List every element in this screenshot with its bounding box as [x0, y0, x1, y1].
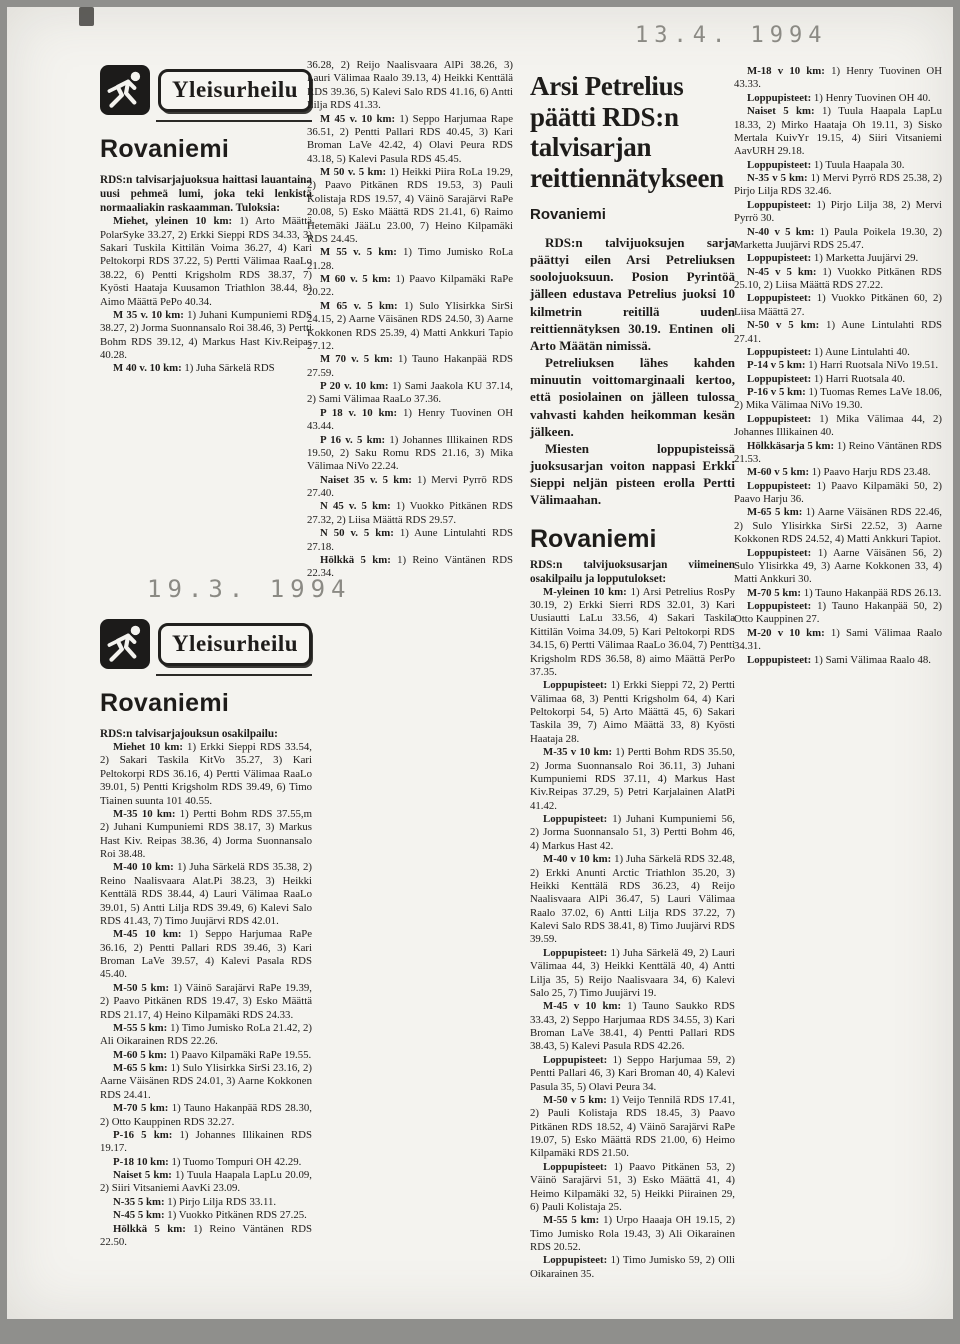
- header-rule: [156, 120, 312, 122]
- result-paragraph: M 40 v. 10 km: 1) Juha Särkelä RDS: [100, 362, 312, 375]
- result-text: 1) Marketta Juujärvi 29.: [814, 252, 918, 264]
- result-category: Loppupisteet:: [747, 346, 811, 358]
- result-category: M 40 v. 10 km:: [113, 362, 182, 374]
- result-category: N 50 v. 5 km:: [320, 527, 394, 539]
- result-paragraph: M-65 5 km: 1) Sulo Ylisirkka SirSi 23.16…: [100, 1062, 312, 1102]
- result-category: P-18 10 km:: [113, 1156, 169, 1168]
- result-category: M-65 5 km:: [747, 506, 802, 518]
- clipping2-results: Miehet 10 km: 1) Erkki Sieppi RDS 33.54,…: [100, 741, 312, 1249]
- result-paragraph: M-35 10 km: 1) Pertti Bohm RDS 37.55,m 2…: [100, 808, 312, 862]
- result-paragraph: N-50 v 5 km: 1) Aune Lintulahti RDS 27.4…: [734, 319, 942, 346]
- result-paragraph: P-18 10 km: 1) Tuomo Tompuri OH 42.29.: [100, 1156, 312, 1169]
- result-paragraph: P-14 v 5 km: 1) Harri Ruotsala NiVo 19.5…: [734, 359, 942, 372]
- result-category: N-45 5 km:: [113, 1209, 165, 1221]
- result-category: Loppupisteet:: [747, 600, 811, 612]
- result-text: 1) Juha Särkelä RDS 32.48, 2) Erkki Anun…: [530, 853, 735, 945]
- result-paragraph: N 45 v. 5 km: 1) Vuokko Pitkänen RDS 27.…: [307, 500, 513, 527]
- result-category: M-45 10 km:: [113, 928, 182, 940]
- result-category: Loppupisteet:: [747, 92, 811, 104]
- result-paragraph: M 70 v. 5 km: 1) Tauno Hakanpää RDS 27.5…: [307, 353, 513, 380]
- result-paragraph: Loppupisteet: 1) Mika Välimaa 44, 2) Joh…: [734, 413, 942, 440]
- section-title: Yleisurheilu: [172, 77, 298, 102]
- result-paragraph: Miehet, yleinen 10 km: 1) Arto Määttä Po…: [100, 215, 312, 309]
- result-category: P-16 v 5 km:: [747, 386, 806, 398]
- result-category: Naiset 35 v. 5 km:: [320, 474, 412, 486]
- article-paragraph: RDS:n talvijuoksujen sarja päättyi eilen…: [530, 234, 735, 354]
- result-category: M-18 v 10 km:: [747, 65, 825, 77]
- result-category: M-20 v 10 km:: [747, 627, 825, 639]
- result-paragraph: Naiset 35 v. 5 km: 1) Mervi Pyrrö RDS 27…: [307, 474, 513, 501]
- clipping1-section-header: Yleisurheilu: [100, 65, 312, 115]
- result-paragraph: M-50 5 km: 1) Väinö Sarajärvi RaPe 19.39…: [100, 982, 312, 1022]
- result-category: Loppupisteet:: [543, 1254, 607, 1266]
- result-text: 1) Arsi Petrelius RosPy 30.19, 2) Erkki …: [530, 586, 735, 678]
- result-paragraph: M 45 v. 10 km: 1) Seppo Harjumaa Rape 36…: [307, 113, 513, 167]
- result-paragraph: N-40 v 5 km: 1) Paula Poikela 19.30, 2) …: [734, 226, 942, 253]
- result-category: M-60 5 km:: [113, 1049, 167, 1061]
- result-paragraph: M-20 v 10 km: 1) Sami Välimaa Raalo 34.3…: [734, 627, 942, 654]
- result-paragraph: Naiset 5 km: 1) Tuula Haapala LapLu 20.0…: [100, 1169, 312, 1196]
- result-paragraph: Loppupisteet: 1) Vuokko Pitkänen 60, 2) …: [734, 292, 942, 319]
- result-paragraph: M-45 10 km: 1) Seppo Harjumaa RaPe 36.16…: [100, 928, 312, 982]
- result-paragraph: Hölkkä 5 km: 1) Reino Väntänen RDS 22.34…: [307, 554, 513, 581]
- result-category: M 45 v. 10 km:: [320, 113, 395, 125]
- result-paragraph: M 55 v. 5 km: 1) Timo Jumisko RoLa 21.28…: [307, 246, 513, 273]
- result-paragraph: Loppupisteet: 1) Juhani Kumpuniemi 56, 2…: [530, 813, 735, 853]
- result-category: Loppupisteet:: [747, 480, 811, 492]
- result-category: M-65 5 km:: [113, 1062, 168, 1074]
- result-text: 1) Arto Määttä PolarSyke 33.27, 2) Erkki…: [100, 215, 312, 307]
- result-category: P 20 v. 10 km:: [320, 380, 388, 392]
- result-paragraph: Loppupisteet: 1) Harri Ruotsala 40.: [734, 373, 942, 386]
- result-paragraph: Loppupisteet: 1) Henry Tuovinen OH 40.: [734, 92, 942, 105]
- column-2: 36.28, 2) Reijo Naalisvaara AlPi 38.26, …: [307, 59, 513, 581]
- result-category: Loppupisteet:: [543, 1161, 607, 1173]
- result-paragraph: M 35 v. 10 km: 1) Juhani Kumpuniemi RDS …: [100, 309, 312, 363]
- result-category: Loppupisteet:: [747, 159, 811, 171]
- result-paragraph: M-70 5 km: 1) Tauno Hakanpää RDS 26.13.: [734, 587, 942, 600]
- article-results-col3: M-yleinen 10 km: 1) Arsi Petrelius RosPy…: [530, 586, 735, 1282]
- article-results-col4: M-18 v 10 km: 1) Henry Tuovinen OH 43.33…: [734, 65, 942, 667]
- runner-icon: [100, 65, 150, 115]
- result-category: Naiset 5 km:: [113, 1169, 172, 1181]
- article-results-intro: RDS:n talvijuoksusarjan viimeinen osakil…: [530, 558, 735, 586]
- result-text: 1) Sami Välimaa Raalo 48.: [814, 654, 931, 666]
- result-paragraph: P 20 v. 10 km: 1) Sami Jaakola KU 37.14,…: [307, 380, 513, 407]
- column-1-clipping-2: Yleisurheilu Rovaniemi RDS:n talvisarjaj…: [100, 619, 312, 1249]
- result-paragraph: M-35 v 10 km: 1) Pertti Bohm RDS 35.50, …: [530, 746, 735, 813]
- result-category: M 55 v. 5 km:: [320, 246, 397, 258]
- result-category: M-yleinen 10 km:: [543, 586, 627, 598]
- location-heading: Rovaniemi: [100, 135, 312, 164]
- article-paragraph: Miesten loppupisteissä juoksusarjan voit…: [530, 440, 735, 509]
- result-paragraph: N-35 v 5 km: 1) Mervi Pyrrö RDS 25.38, 2…: [734, 172, 942, 199]
- result-category: N-35 5 km:: [113, 1196, 165, 1208]
- article-headline: Arsi Petrelius päätti RDS:n talvisarjan …: [530, 71, 735, 193]
- result-category: M-55 5 km:: [113, 1022, 167, 1034]
- result-category: M 70 v. 5 km:: [320, 353, 393, 365]
- clipping1-intro: RDS:n talvisarjajuoksua haittasi lauanta…: [100, 173, 312, 215]
- result-category: Loppupisteet:: [543, 813, 607, 825]
- result-category: Loppupisteet:: [543, 947, 607, 959]
- result-text: 1) Henry Tuovinen OH 40.: [814, 92, 931, 104]
- result-category: M-55 5 km:: [543, 1214, 599, 1226]
- result-category: M-70 5 km:: [747, 587, 801, 599]
- result-paragraph: Loppupisteet: 1) Marketta Juujärvi 29.: [734, 252, 942, 265]
- result-paragraph: M-40 10 km: 1) Juha Särkelä RDS 35.38, 2…: [100, 861, 312, 928]
- result-paragraph: M-55 5 km: 1) Timo Jumisko RoLa 21.42, 2…: [100, 1022, 312, 1049]
- result-paragraph: M-yleinen 10 km: 1) Arsi Petrelius RosPy…: [530, 586, 735, 680]
- result-category: Loppupisteet:: [747, 373, 811, 385]
- result-paragraph: M-60 5 km: 1) Paavo Kilpamäki RaPe 19.55…: [100, 1049, 312, 1062]
- results-location-heading: Rovaniemi: [530, 525, 735, 554]
- result-paragraph: Loppupisteet: 1) Erkki Sieppi 72, 2) Per…: [530, 679, 735, 746]
- result-paragraph: Loppupisteet: 1) Seppo Harjumaa 59, 2) P…: [530, 1054, 735, 1094]
- result-category: M-45 v 10 km:: [543, 1000, 621, 1012]
- scanned-scrapbook-page: 13.4. 1994 19.3. 1994 Yleisurheilu Rovan…: [7, 7, 953, 1319]
- result-paragraph: P-16 5 km: 1) Johannes Illikainen RDS 19…: [100, 1129, 312, 1156]
- result-category: M-35 v 10 km:: [543, 746, 612, 758]
- result-category: Hölkkäsarja 5 km:: [747, 440, 834, 452]
- result-paragraph: M-45 v 10 km: 1) Tauno Saukko RDS 33.43,…: [530, 1000, 735, 1054]
- result-category: N-40 v 5 km:: [747, 226, 814, 238]
- article-location: Rovaniemi: [530, 206, 735, 223]
- result-category: M 65 v. 5 km:: [320, 300, 398, 312]
- result-category: M-40 10 km:: [113, 861, 174, 873]
- section-title-box: Yleisurheilu: [158, 623, 312, 666]
- runner-icon: [100, 619, 150, 669]
- result-paragraph: Loppupisteet: 1) Pirjo Lilja 38, 2) Merv…: [734, 199, 942, 226]
- result-text: 36.28, 2) Reijo Naalisvaara AlPi 38.26, …: [307, 59, 513, 111]
- result-category: M-50 v 5 km:: [543, 1094, 607, 1106]
- scan-edge-mark: [79, 7, 94, 26]
- result-category: Loppupisteet:: [747, 547, 811, 559]
- result-category: P 18 v. 10 km:: [320, 407, 397, 419]
- result-paragraph: P-16 v 5 km: 1) Tuomas Remes LaVe 18.06,…: [734, 386, 942, 413]
- result-paragraph: N 50 v. 5 km: 1) Aune Lintulahti RDS 27.…: [307, 527, 513, 554]
- result-text: 1) Paavo Harju RDS 23.48.: [812, 466, 931, 478]
- result-paragraph: Loppupisteet: 1) Sami Välimaa Raalo 48.: [734, 654, 942, 667]
- result-paragraph: Loppupisteet: 1) Juha Särkelä 49, 2) Lau…: [530, 947, 735, 1001]
- result-category: M 50 v. 5 km:: [320, 166, 386, 178]
- result-category: Loppupisteet:: [747, 413, 811, 425]
- result-category: M 35 v. 10 km:: [113, 309, 184, 321]
- result-paragraph: M 50 v. 5 km: 1) Heikki Piira RoLa 19.29…: [307, 166, 513, 246]
- result-category: M 60 v. 5 km:: [320, 273, 391, 285]
- result-paragraph: Miehet 10 km: 1) Erkki Sieppi RDS 33.54,…: [100, 741, 312, 808]
- column-3-article: Arsi Petrelius päätti RDS:n talvisarjan …: [530, 71, 735, 1281]
- result-paragraph: M-60 v 5 km: 1) Paavo Harju RDS 23.48.: [734, 466, 942, 479]
- result-category: M-70 5 km:: [113, 1102, 168, 1114]
- result-text: 1) Harri Ruotsala NiVo 19.51.: [808, 359, 938, 371]
- result-paragraph: Loppupisteet: 1) Tuula Haapala 30.: [734, 159, 942, 172]
- result-category: Loppupisteet:: [747, 292, 811, 304]
- result-paragraph: M-40 v 10 km: 1) Juha Särkelä RDS 32.48,…: [530, 853, 735, 947]
- section-title-box: Yleisurheilu: [158, 69, 312, 112]
- result-paragraph: Loppupisteet: 1) Aarne Väisänen 56, 2) S…: [734, 547, 942, 587]
- result-text: 1) Harri Ruotsala 40.: [814, 373, 905, 385]
- result-paragraph: Loppupisteet: 1) Tauno Hakanpää 50, 2) O…: [734, 600, 942, 627]
- result-category: N-50 v 5 km:: [747, 319, 819, 331]
- result-paragraph: Naiset 5 km: 1) Tuula Haapala LapLu 18.3…: [734, 105, 942, 159]
- result-paragraph: Loppupisteet: 1) Timo Jumisko 59, 2) Oll…: [530, 1254, 735, 1281]
- result-category: P-14 v 5 km:: [747, 359, 805, 371]
- result-category: Hölkkä 5 km:: [320, 554, 391, 566]
- result-category: M-35 10 km:: [113, 808, 176, 820]
- result-category: M-60 v 5 km:: [747, 466, 809, 478]
- clipping1-results-col2: 36.28, 2) Reijo Naalisvaara AlPi 38.26, …: [307, 59, 513, 581]
- result-category: Loppupisteet:: [747, 252, 811, 264]
- result-paragraph: N-45 v 5 km: 1) Vuokko Pitkänen RDS 25.1…: [734, 266, 942, 293]
- result-text: 1) Tauno Hakanpää RDS 26.13.: [804, 587, 942, 599]
- result-category: Miehet, yleinen 10 km:: [113, 215, 232, 227]
- result-category: Loppupisteet:: [543, 1054, 607, 1066]
- handwritten-date-top: 13.4. 1994: [635, 23, 827, 48]
- result-paragraph: M-70 5 km: 1) Tauno Hakanpää RDS 28.30, …: [100, 1102, 312, 1129]
- result-category: Hölkkä 5 km:: [113, 1223, 186, 1235]
- result-text: 1) Tuomo Tompuri OH 42.29.: [171, 1156, 301, 1168]
- result-category: P-16 5 km:: [113, 1129, 172, 1141]
- article-paragraph: Petreliuksen lähes kahden minuutin voitt…: [530, 354, 735, 440]
- result-category: N-45 v 5 km:: [747, 266, 816, 278]
- clipping2-intro: RDS:n talvisarjajouksun osakilpailu:: [100, 727, 312, 741]
- result-paragraph: 36.28, 2) Reijo Naalisvaara AlPi 38.26, …: [307, 59, 513, 113]
- result-paragraph: M 65 v. 5 km: 1) Sulo Ylisirkka SirSi 24…: [307, 300, 513, 354]
- result-category: P 16 v. 5 km:: [320, 434, 385, 446]
- result-text: 1) Paavo Kilpamäki RaPe 19.55.: [170, 1049, 312, 1061]
- clipping1-results-col1: Miehet, yleinen 10 km: 1) Arto Määttä Po…: [100, 215, 312, 376]
- result-category: Miehet 10 km:: [113, 741, 183, 753]
- result-text: 1) Pirjo Lilja RDS 33.11.: [167, 1196, 276, 1208]
- result-paragraph: Hölkkä 5 km: 1) Reino Väntänen RDS 22.50…: [100, 1223, 312, 1250]
- result-paragraph: Hölkkäsarja 5 km: 1) Reino Väntänen RDS …: [734, 440, 942, 467]
- result-category: M-40 v 10 km:: [543, 853, 611, 865]
- result-paragraph: M-65 5 km: 1) Aarne Väisänen RDS 22.46, …: [734, 506, 942, 546]
- article-body: RDS:n talvijuoksujen sarja päättyi eilen…: [530, 234, 735, 509]
- result-paragraph: M-18 v 10 km: 1) Henry Tuovinen OH 43.33…: [734, 65, 942, 92]
- result-text: 1) Vuokko Pitkänen RDS 27.25.: [167, 1209, 307, 1221]
- column-4: M-18 v 10 km: 1) Henry Tuovinen OH 43.33…: [734, 65, 942, 667]
- result-paragraph: P 16 v. 5 km: 1) Johannes Illikainen RDS…: [307, 434, 513, 474]
- result-text: 1) Tuula Haapala 30.: [814, 159, 905, 171]
- result-text: 1) Aune Lintulahti 40.: [814, 346, 910, 358]
- result-paragraph: N-35 5 km: 1) Pirjo Lilja RDS 33.11.: [100, 1196, 312, 1209]
- result-paragraph: Loppupisteet: 1) Paavo Kilpamäki 50, 2) …: [734, 480, 942, 507]
- result-paragraph: P 18 v. 10 km: 1) Henry Tuovinen OH 43.4…: [307, 407, 513, 434]
- result-paragraph: M-55 5 km: 1) Urpo Haaaja OH 19.15, 2) T…: [530, 1214, 735, 1254]
- result-paragraph: M-50 v 5 km: 1) Veijo Tennilä RDS 17.41,…: [530, 1094, 735, 1161]
- result-paragraph: M 60 v. 5 km: 1) Paavo Kilpamäki RaPe 20…: [307, 273, 513, 300]
- header-rule: [156, 674, 312, 676]
- result-paragraph: Loppupisteet: 1) Paavo Pitkänen 53, 2) V…: [530, 1161, 735, 1215]
- result-text: 1) Juha Särkelä RDS: [184, 362, 274, 374]
- result-category: Loppupisteet:: [747, 654, 811, 666]
- result-paragraph: N-45 5 km: 1) Vuokko Pitkänen RDS 27.25.: [100, 1209, 312, 1222]
- result-paragraph: Loppupisteet: 1) Aune Lintulahti 40.: [734, 346, 942, 359]
- result-category: Naiset 5 km:: [747, 105, 815, 117]
- result-category: N 45 v. 5 km:: [320, 500, 391, 512]
- location-heading: Rovaniemi: [100, 689, 312, 718]
- column-1-clipping-1: Yleisurheilu Rovaniemi RDS:n talvisarjaj…: [100, 65, 312, 376]
- section-title: Yleisurheilu: [172, 631, 298, 656]
- result-category: M-50 5 km:: [113, 982, 169, 994]
- result-category: N-35 v 5 km:: [747, 172, 808, 184]
- clipping2-section-header: Yleisurheilu: [100, 619, 312, 669]
- result-category: Loppupisteet:: [747, 199, 811, 211]
- result-category: Loppupisteet:: [543, 679, 607, 691]
